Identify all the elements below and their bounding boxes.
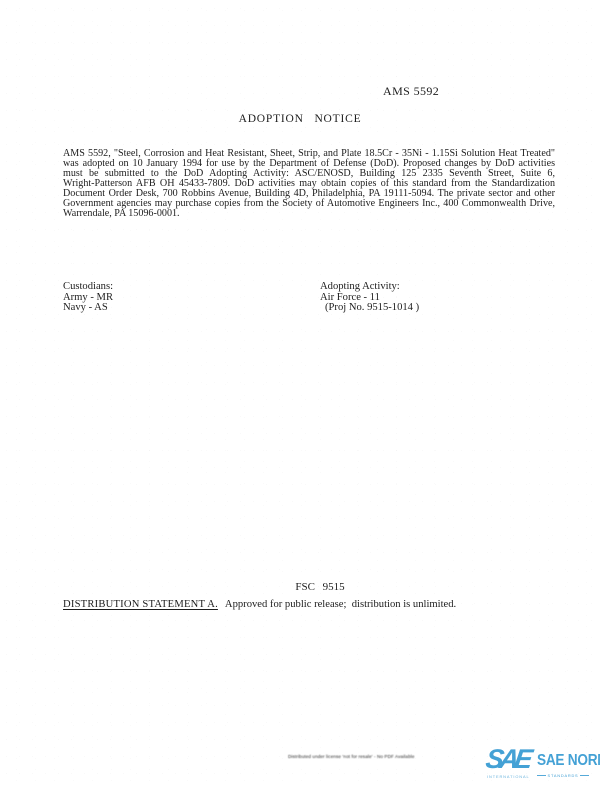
- dash-right: [580, 775, 589, 776]
- adopting-activity-block: Adopting Activity: Air Force - 11 (Proj …: [320, 282, 555, 314]
- adopting-activity-heading: Adopting Activity:: [320, 282, 555, 293]
- paragraph-line: Warrendale, PA 15096-0001.: [63, 209, 555, 219]
- distribution-statement-text: Approved for public release; distributio…: [225, 599, 456, 610]
- footer-microprint: Distributed under license 'not for resal…: [288, 754, 418, 759]
- document-page: AMS 5592 ADOPTION NOTICE AMS 5592, "Stee…: [0, 0, 600, 788]
- sae-logo-icon: SAE: [484, 744, 530, 775]
- standards-label: STANDARDS: [537, 773, 589, 778]
- page-title: ADOPTION NOTICE: [0, 113, 600, 125]
- fsc-code: FSC 9515: [0, 581, 600, 593]
- body-paragraph: AMS 5592, "Steel, Corrosion and Heat Res…: [63, 149, 555, 219]
- sae-international-label: INTERNATIONAL: [487, 774, 533, 779]
- distribution-statement: DISTRIBUTION STATEMENT A.Approved for pu…: [63, 599, 583, 610]
- dash-left: [537, 775, 546, 776]
- sae-norm-logo: SAE INTERNATIONAL SAE NORM STANDARDS: [484, 748, 592, 782]
- custodians-heading: Custodians:: [63, 282, 320, 293]
- doc-number: AMS 5592: [383, 84, 439, 99]
- custodian-navy: Navy - AS: [63, 303, 320, 314]
- custodians-block: Custodians: Army - MR Navy - AS: [63, 282, 320, 314]
- distribution-statement-label: DISTRIBUTION STATEMENT A.: [63, 599, 218, 610]
- custodian-adopting-section: Custodians: Army - MR Navy - AS Adopting…: [63, 282, 555, 314]
- project-number: (Proj No. 9515-1014 ): [320, 303, 555, 314]
- sae-norm-wordmark: SAE NORM: [537, 752, 600, 770]
